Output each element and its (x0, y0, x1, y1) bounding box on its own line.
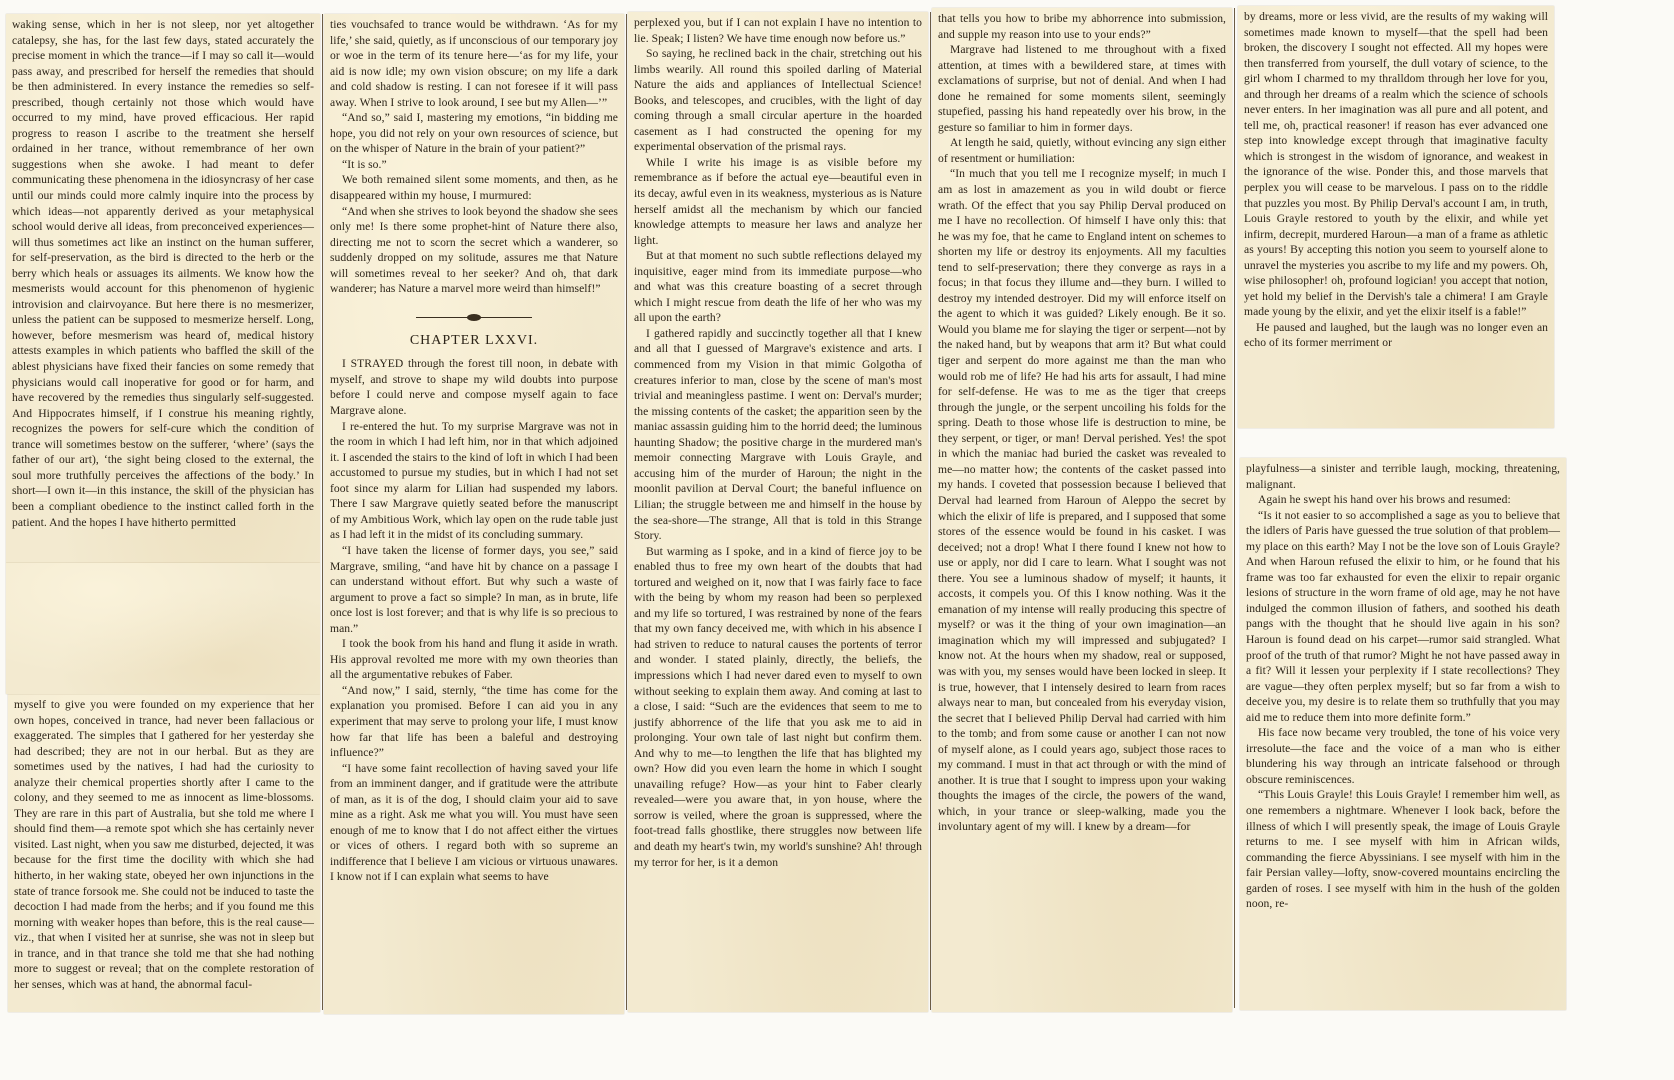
paragraph: He paused and laughed, but the laugh was… (1244, 320, 1548, 351)
paragraph: His face now became very troubled, the t… (1246, 725, 1560, 787)
paragraph: that tells you how to bribe my abhorrenc… (938, 11, 1226, 42)
paragraph: But warming as I spoke, and in a kind of… (634, 544, 922, 870)
paragraph: But at that moment no such subtle reflec… (634, 248, 922, 326)
paragraph: by dreams, more or less vivid, are the r… (1244, 9, 1548, 320)
paragraph: “In much that you tell me I recognize my… (938, 166, 1226, 835)
paragraph: “Is it not easier to so accomplished a s… (1246, 508, 1560, 726)
paragraph: I STRAYED through the forest till noon, … (330, 356, 618, 418)
column-1-bottom-clipping-upper: waking sense, which in her is not sleep,… (6, 563, 320, 694)
paragraph: At length he said, quietly, without evin… (938, 135, 1226, 166)
column-5-top-clipping: by dreams, more or less vivid, are the r… (1238, 6, 1554, 428)
paragraph: “I have some faint recollection of havin… (330, 761, 618, 885)
column-5-bottom-text: playfulness—a sinister and terrible laug… (1246, 461, 1560, 912)
column-5-bottom-clipping: playfulness—a sinister and terrible laug… (1240, 458, 1566, 1010)
paragraph: “And when she strives to look beyond the… (330, 204, 618, 297)
column-1-bottom-text: myself to give you were founded on my ex… (14, 697, 314, 992)
column-divider (1234, 8, 1235, 1008)
paragraph: So saying, he reclined back in the chair… (634, 46, 922, 155)
column-divider (930, 12, 931, 1010)
paragraph: I took the book from his hand and flung … (330, 636, 618, 683)
paragraph: “I have taken the license of former days… (330, 543, 618, 636)
paragraph: We both remained silent some moments, an… (330, 172, 618, 203)
column-2-text: ties vouchsafed to trance would be withd… (330, 17, 618, 885)
paragraph: waking sense, which in her is not sleep,… (12, 17, 314, 530)
paragraph: playfulness—a sinister and terrible laug… (1246, 461, 1560, 492)
paragraph: perplexed you, but if I can not explain … (634, 15, 922, 46)
column-4-clipping: that tells you how to bribe my abhorrenc… (932, 8, 1232, 1012)
paragraph: “And so,” said I, mastering my emotions,… (330, 110, 618, 157)
paragraph: Again he swept his hand over his brows a… (1246, 492, 1560, 508)
ornamental-rule (330, 313, 618, 323)
column-4-text: that tells you how to bribe my abhorrenc… (938, 11, 1226, 835)
column-5-top-text: by dreams, more or less vivid, are the r… (1244, 9, 1548, 351)
column-divider (322, 14, 323, 1010)
column-2-clipping: ties vouchsafed to trance would be withd… (324, 14, 624, 1014)
paragraph: I re-entered the hut. To my surprise Mar… (330, 419, 618, 543)
column-1-bottom-clipping: myself to give you were founded on my ex… (8, 694, 320, 1012)
paragraph: While I write his image is as visible be… (634, 155, 922, 248)
paragraph: ties vouchsafed to trance would be withd… (330, 17, 618, 110)
chapter-heading: CHAPTER LXXVI. (330, 333, 618, 349)
paragraph: myself to give you were founded on my ex… (14, 697, 314, 992)
paragraph: “It is so.” (330, 157, 618, 173)
column-1-top-text: waking sense, which in her is not sleep,… (12, 17, 314, 530)
paragraph: “And now,” I said, sternly, “the time ha… (330, 683, 618, 761)
column-3-clipping: perplexed you, but if I can not explain … (628, 12, 928, 1012)
rule-ornament (467, 314, 481, 321)
column-divider (626, 14, 627, 1010)
paragraph: “This Louis Grayle! this Louis Grayle! I… (1246, 787, 1560, 911)
paragraph: I gathered rapidly and succinctly togeth… (634, 326, 922, 544)
column-1-top-clipping: waking sense, which in her is not sleep,… (6, 14, 320, 563)
paragraph: Margrave had listened to me throughout w… (938, 42, 1226, 135)
column-3-text: perplexed you, but if I can not explain … (634, 15, 922, 870)
